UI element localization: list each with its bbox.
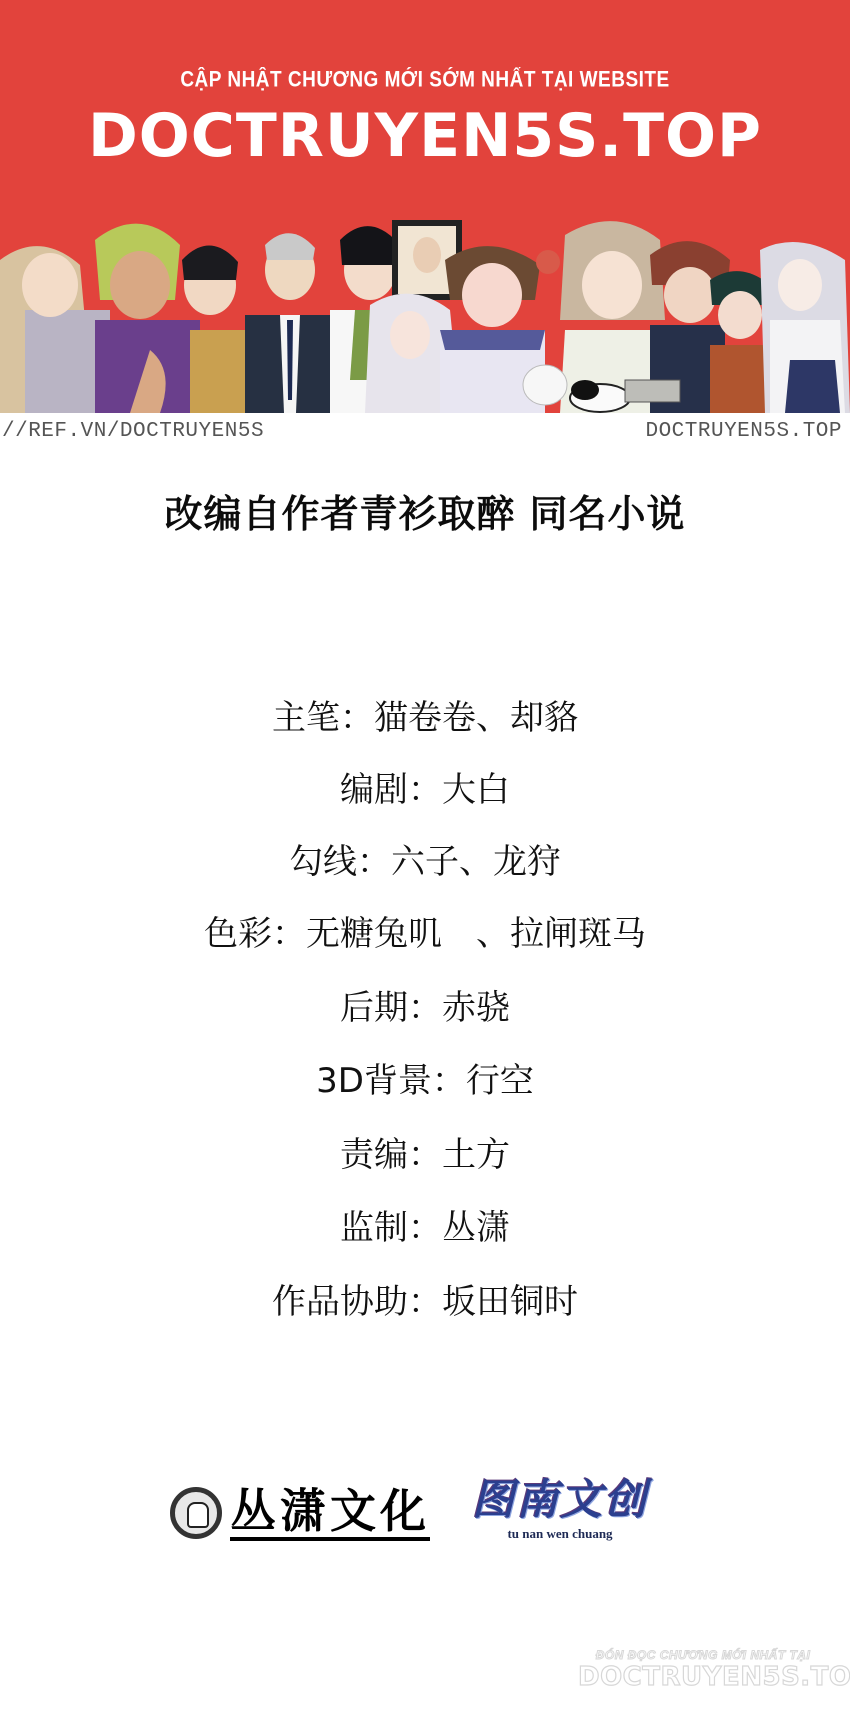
credit-row: 主笔：猫卷卷、却貉 [0,690,850,739]
credit-role: 监制 [340,1208,408,1248]
credit-separator: ： [340,698,374,738]
credit-names: 坂田铜时 [442,1282,578,1322]
credit-role: 作品协助 [272,1282,408,1322]
credit-separator: ： [432,1061,466,1101]
site-watermark: ĐÓN ĐỌC CHƯƠNG MỚI NHẤT TẠI DOCTRUYEN5S.… [578,1648,828,1692]
url-strip: //REF.VN/DOCTRUYEN5S DOCTRUYEN5S.TOP [0,414,850,450]
tunan-wenchuang-logo: 图南文创 tu nan wen chuang [470,1470,650,1558]
credit-role: 后期 [340,988,408,1028]
credit-role: 勾线 [289,842,357,882]
credit-role: 主笔 [272,698,340,738]
credit-row: 编剧：大白 [0,762,850,811]
credit-row: 监制：丛潇 [0,1200,850,1249]
credit-separator: ： [272,914,306,954]
credit-separator: ： [408,770,442,810]
credit-names: 无糖兔叽 、拉闸斑马 [306,914,646,954]
credit-names: 六子、龙狩 [391,842,561,882]
credit-names: 土方 [442,1135,510,1175]
site-link[interactable]: DOCTRUYEN5S.TOP [645,420,842,443]
ref-link[interactable]: //REF.VN/DOCTRUYEN5S [2,420,264,443]
credit-names: 赤骁 [442,988,510,1028]
credit-names: 丛潇 [442,1208,510,1248]
credit-row: 3D背景：行空 [0,1053,850,1102]
credit-row: 责编：土方 [0,1127,850,1176]
credit-row: 后期：赤骁 [0,980,850,1029]
congxiao-logo-text: 丛潇文化 [230,1485,430,1541]
credit-role: 3D背景 [316,1061,432,1101]
congxiao-culture-logo: 丛潇文化 [170,1478,430,1548]
credit-role: 责编 [340,1135,408,1175]
credit-separator: ： [408,1135,442,1175]
credit-row: 勾线：六子、龙狩 [0,834,850,883]
credit-role: 编剧 [340,770,408,810]
credit-role: 色彩 [204,914,272,954]
adaptation-headline: 改编自作者青衫取醉同名小说 [0,483,850,538]
credit-names: 猫卷卷、却貉 [374,698,578,738]
credit-separator: ： [408,988,442,1028]
banner-site-name[interactable]: DOCTRUYEN5S.TOP [0,100,850,172]
credit-separator: ： [357,842,391,882]
watermark-subtitle: ĐÓN ĐỌC CHƯƠNG MỚI NHẤT TẠI [578,1648,828,1662]
tunan-logo-text: 图南文创 [470,1470,650,1530]
publisher-logos: 丛潇文化 图南文创 tu nan wen chuang [0,1470,850,1560]
promo-banner: CẬP NHẬT CHƯƠNG MỚI SỚM NHẤT TẠI WEBSITE… [0,0,850,413]
credit-names: 大白 [442,770,510,810]
watermark-site-name: DOCTRUYEN5S.TOP [578,1662,828,1692]
credit-separator: ： [408,1208,442,1248]
credit-row: 作品协助：坂田铜时 [0,1274,850,1323]
headline-part1: 改编自作者青衫取醉 [164,492,515,536]
banner-subtitle: CẬP NHẬT CHƯƠNG MỚI SỚM NHẤT TẠI WEBSITE [0,68,850,93]
headline-part2: 同名小说 [530,492,686,536]
credit-row: 色彩：无糖兔叽 、拉闸斑马 [0,906,850,955]
manga-characters-artwork [0,210,850,413]
hamster-mascot-icon [170,1487,222,1539]
credit-separator: ： [408,1282,442,1322]
credit-names: 行空 [466,1061,534,1101]
